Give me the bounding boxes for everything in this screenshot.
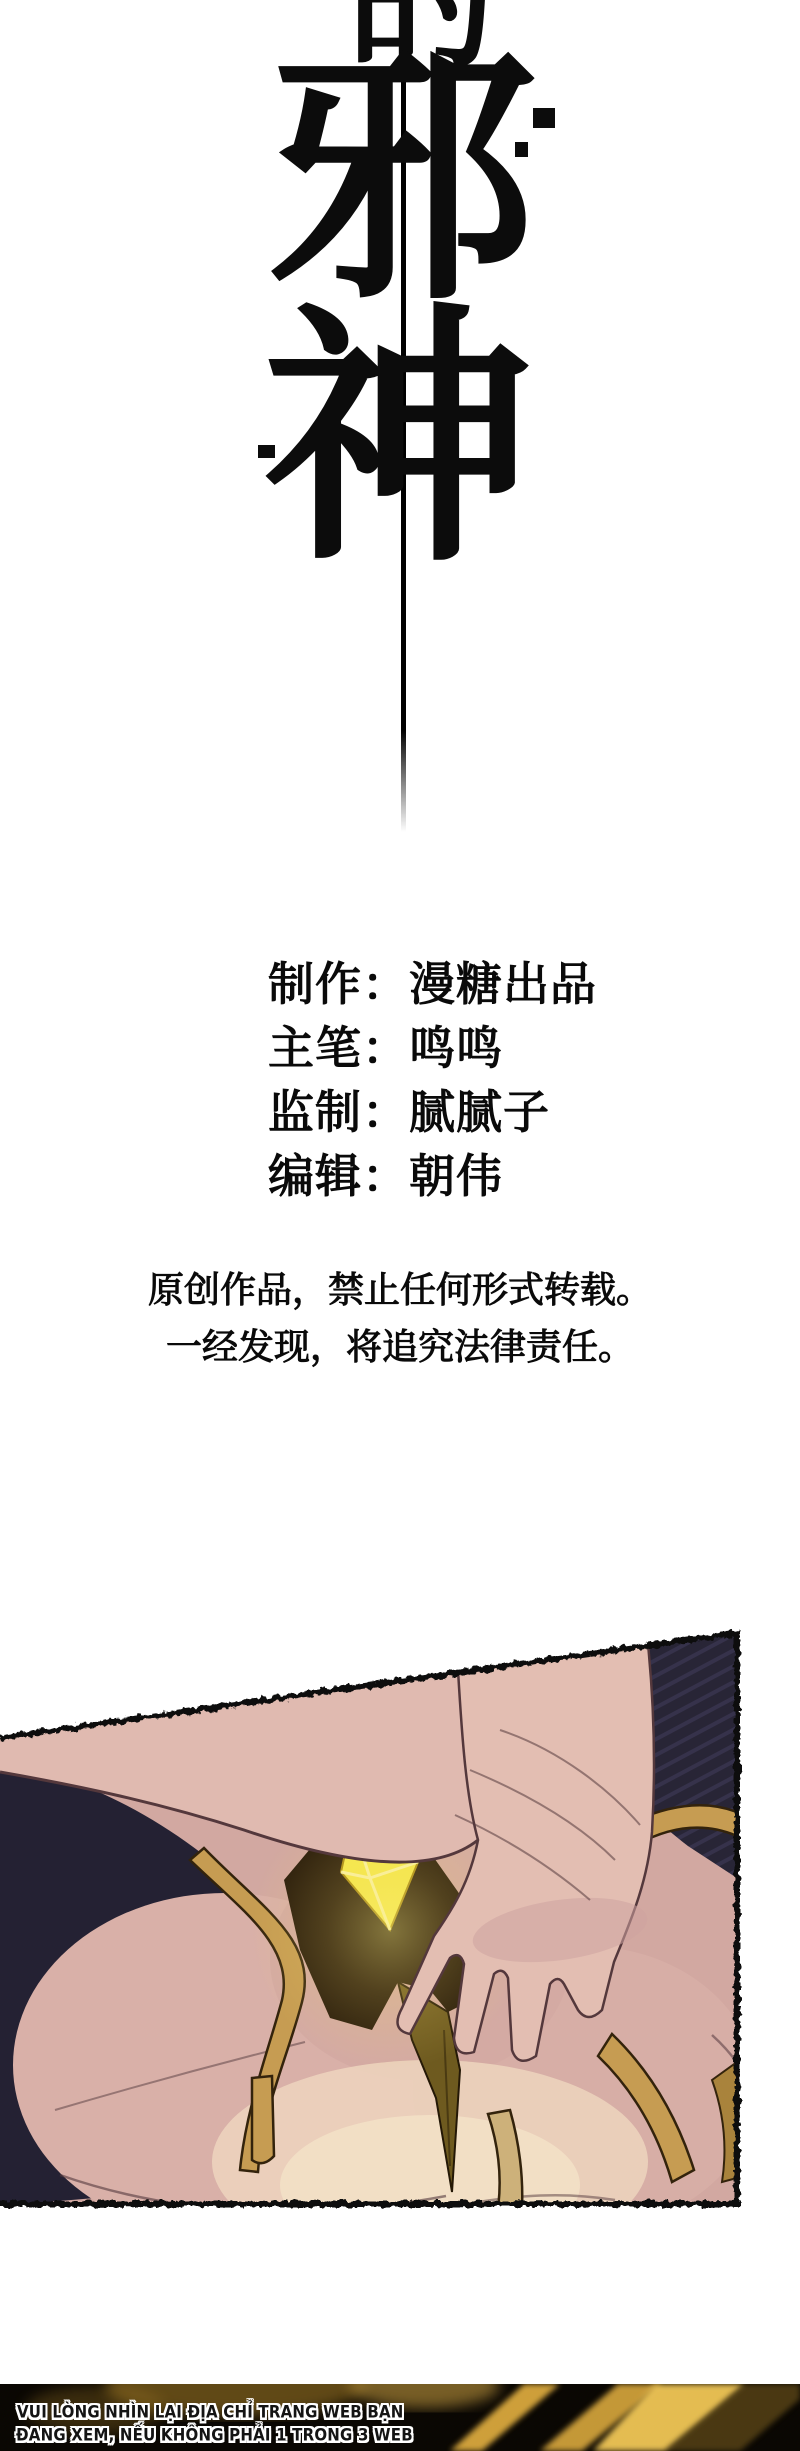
footer-warning-line-2: ĐANG XEM, NẾU KHÔNG PHẢI 1 TRONG 3 WEB xyxy=(16,2425,413,2445)
credit-line-producer: 制作：漫糖出品 xyxy=(268,952,597,1016)
credit-line-editor: 编辑：朝伟 xyxy=(268,1144,597,1208)
copyright-notice: 原创作品，禁止任何形式转载。 一经发现，将追究法律责任。 xyxy=(0,1262,800,1376)
title-dash-mark xyxy=(533,108,555,128)
credit-line-artist: 主笔：鸣鸣 xyxy=(268,1016,597,1080)
title-char-shen: 神 xyxy=(262,304,534,576)
credit-line-supervisor: 监制：腻腻子 xyxy=(268,1080,597,1144)
title-dash-mark xyxy=(258,445,275,458)
comic-page: 的 邪 神 制作：漫糖出品 主笔：鸣鸣 监制：腻腻子 编辑：朝伟 原创作品，禁止… xyxy=(0,0,800,2451)
copyright-line: 原创作品，禁止任何形式转载。 xyxy=(0,1262,800,1319)
title-char-xie: 邪 xyxy=(269,46,537,314)
credits-block: 制作：漫糖出品 主笔：鸣鸣 监制：腻腻子 编辑：朝伟 xyxy=(268,952,597,1208)
illustration-panel xyxy=(0,1610,800,2210)
title-dash-mark xyxy=(515,142,528,157)
gold-strip-a xyxy=(252,2076,274,2163)
footer-warning-line-1: VUI LÒNG NHÌN LẠI ĐỊA CHỈ TRANG WEB BẠN xyxy=(17,2402,404,2422)
panel-artwork xyxy=(0,1610,800,2210)
copyright-line: 一经发现，将追究法律责任。 xyxy=(0,1319,800,1376)
